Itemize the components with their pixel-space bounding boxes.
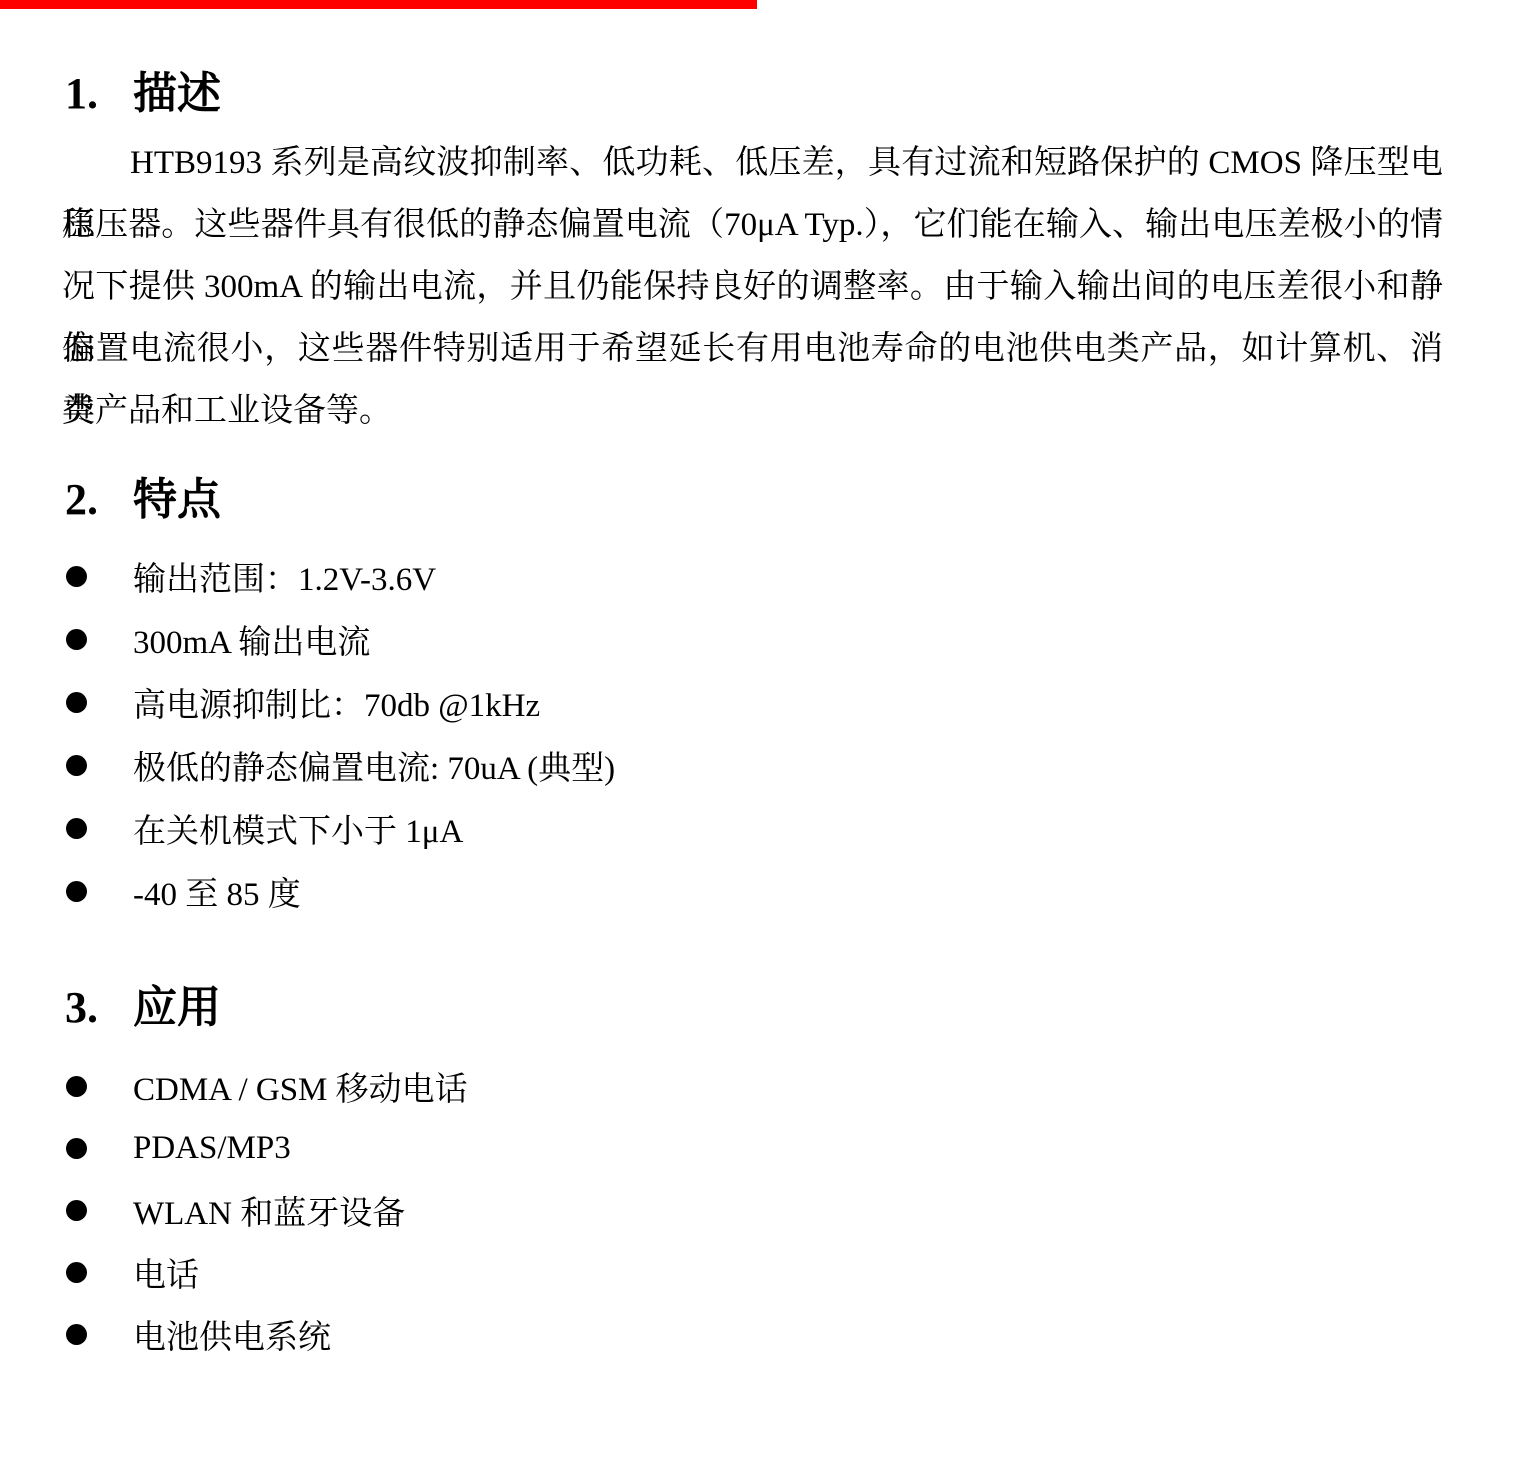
list-item: 高电源抑制比：70db @1kHz [66, 671, 615, 734]
list-item: 电池供电系统 [66, 1303, 468, 1365]
bullet-dot-icon [66, 692, 87, 713]
list-item: -40 至 85 度 [66, 860, 615, 923]
list-item-text: 输出范围：1.2V-3.6V [133, 553, 436, 600]
bullet-dot-icon [66, 881, 87, 902]
section-number: 2. [65, 476, 133, 524]
section-number: 1. [65, 70, 133, 118]
paragraph-line: 类产品和工业设备等。 [62, 380, 1443, 442]
section-title: 应用 [133, 983, 221, 1032]
paragraph-line: 稳压器。这些器件具有很低的静态偏置电流（70μA Typ.），它们能在输入、输出… [62, 194, 1443, 256]
bullet-dot-icon [66, 1200, 87, 1221]
list-item: 输出范围：1.2V-3.6V [66, 545, 615, 608]
bullet-dot-icon [66, 1138, 87, 1159]
list-item: WLAN 和蓝牙设备 [66, 1179, 468, 1241]
list-item: 300mA 输出电流 [66, 608, 615, 671]
features-list: 输出范围：1.2V-3.6V 300mA 输出电流 高电源抑制比：70db @1… [66, 545, 615, 923]
list-item-text: 电话 [133, 1249, 199, 1296]
list-item-text: 电池供电系统 [133, 1311, 331, 1358]
list-item-text: 极低的静态偏置电流: 70uA (典型) [133, 742, 615, 789]
list-item-text: 高电源抑制比：70db @1kHz [133, 679, 540, 726]
section-heading-applications: 3.应用 [65, 984, 221, 1032]
applications-list: CDMA / GSM 移动电话 PDAS/MP3 WLAN 和蓝牙设备 电话 电… [66, 1055, 468, 1365]
paragraph-line: HTB9193 系列是高纹波抑制率、低功耗、低压差，具有过流和短路保护的 CMO… [62, 132, 1443, 194]
list-item-text: CDMA / GSM 移动电话 [133, 1063, 468, 1110]
bullet-dot-icon [66, 818, 87, 839]
section-number: 3. [65, 984, 133, 1032]
bullet-dot-icon [66, 629, 87, 650]
list-item: 在关机模式下小于 1μA [66, 797, 615, 860]
bullet-dot-icon [66, 1262, 87, 1283]
list-item: PDAS/MP3 [66, 1117, 468, 1179]
list-item: 极低的静态偏置电流: 70uA (典型) [66, 734, 615, 797]
list-item-text: 在关机模式下小于 1μA [133, 805, 463, 852]
list-item-text: 300mA 输出电流 [133, 616, 370, 663]
section-title: 特点 [133, 475, 221, 524]
section-title: 描述 [133, 69, 221, 118]
section-heading-description: 1.描述 [65, 70, 221, 118]
list-item-text: -40 至 85 度 [133, 868, 301, 915]
bullet-dot-icon [66, 1076, 87, 1097]
bullet-dot-icon [66, 755, 87, 776]
list-item: 电话 [66, 1241, 468, 1303]
datasheet-page: { "page": { "width": 1515, "height": 147… [0, 0, 1515, 1473]
description-paragraph: HTB9193 系列是高纹波抑制率、低功耗、低压差，具有过流和短路保护的 CMO… [62, 132, 1443, 442]
list-item: CDMA / GSM 移动电话 [66, 1055, 468, 1117]
top-red-bar [0, 0, 757, 9]
paragraph-line: 偏置电流很小，这些器件特别适用于希望延长有用电池寿命的电池供电类产品，如计算机、… [62, 318, 1443, 380]
section-heading-features: 2.特点 [65, 476, 221, 524]
list-item-text: WLAN 和蓝牙设备 [133, 1187, 405, 1234]
bullet-dot-icon [66, 566, 87, 587]
bullet-dot-icon [66, 1324, 87, 1345]
paragraph-line: 况下提供 300mA 的输出电流，并且仍能保持良好的调整率。由于输入输出间的电压… [62, 256, 1443, 318]
list-item-text: PDAS/MP3 [133, 1130, 291, 1167]
